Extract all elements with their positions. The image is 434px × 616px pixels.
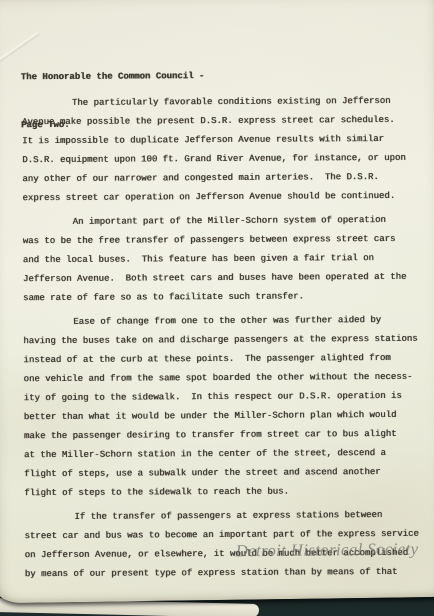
paragraph: An important part of the Miller-Schorn s… — [23, 211, 428, 308]
text-line: better than what it would be under the M… — [24, 406, 428, 427]
document-page: The Honorable the Common Council - Page … — [0, 0, 434, 603]
text-line: The particularly favorable conditions ex… — [22, 92, 426, 113]
paragraph: The particularly favorable conditions ex… — [22, 92, 427, 208]
document-content: The Honorable the Common Council - Page … — [0, 0, 434, 601]
text-line: D.S.R. equipment upon 100 ft. Grand Rive… — [22, 149, 426, 170]
paragraph: Ease of change from one to the other was… — [23, 311, 428, 503]
text-line: and the local buses. This feature has be… — [23, 249, 427, 270]
text-line: flight of steps, use a subwalk under the… — [24, 463, 428, 484]
text-line: any other of our narrower and congested … — [22, 168, 426, 189]
watermark: Detroit Historical Society — [235, 539, 418, 561]
text-line: It is impossible to duplicate Jefferson … — [22, 130, 426, 151]
text-line: by means of our present type of express … — [25, 563, 429, 584]
document-body: The particularly favorable conditions ex… — [22, 92, 429, 589]
text-line: having the buses take on and discharge p… — [23, 330, 427, 351]
header-line-addressee: The Honorable the Common Council - — [21, 68, 205, 85]
text-line: Ease of change from one to the other was… — [23, 311, 427, 332]
text-line: flight of steps to the sidewalk to reach… — [24, 482, 428, 503]
text-line: at the Miller-Schorn station in the cent… — [24, 444, 428, 465]
text-line: same rate of fare so as to facilitate su… — [23, 287, 427, 308]
text-line: ity of going to the sidewalk. In this re… — [24, 387, 428, 408]
text-line: Avenue make possible the present D.S.R. … — [22, 111, 426, 132]
text-line: instead of at the curb at these points. … — [23, 349, 427, 370]
text-line: make the passenger desiring to transfer … — [24, 425, 428, 446]
text-line: Jefferson Avenue. Both street cars and b… — [23, 268, 427, 289]
text-line: An important part of the Miller-Schorn s… — [23, 211, 427, 232]
text-line: express street car operation on Jefferso… — [22, 187, 426, 208]
text-line: one vehicle and from the same spot board… — [23, 368, 427, 389]
text-line: was to be the free transfer of passenger… — [23, 230, 427, 251]
photo-frame: The Honorable the Common Council - Page … — [0, 0, 434, 616]
text-line: If the transfer of passengers at express… — [24, 506, 428, 527]
